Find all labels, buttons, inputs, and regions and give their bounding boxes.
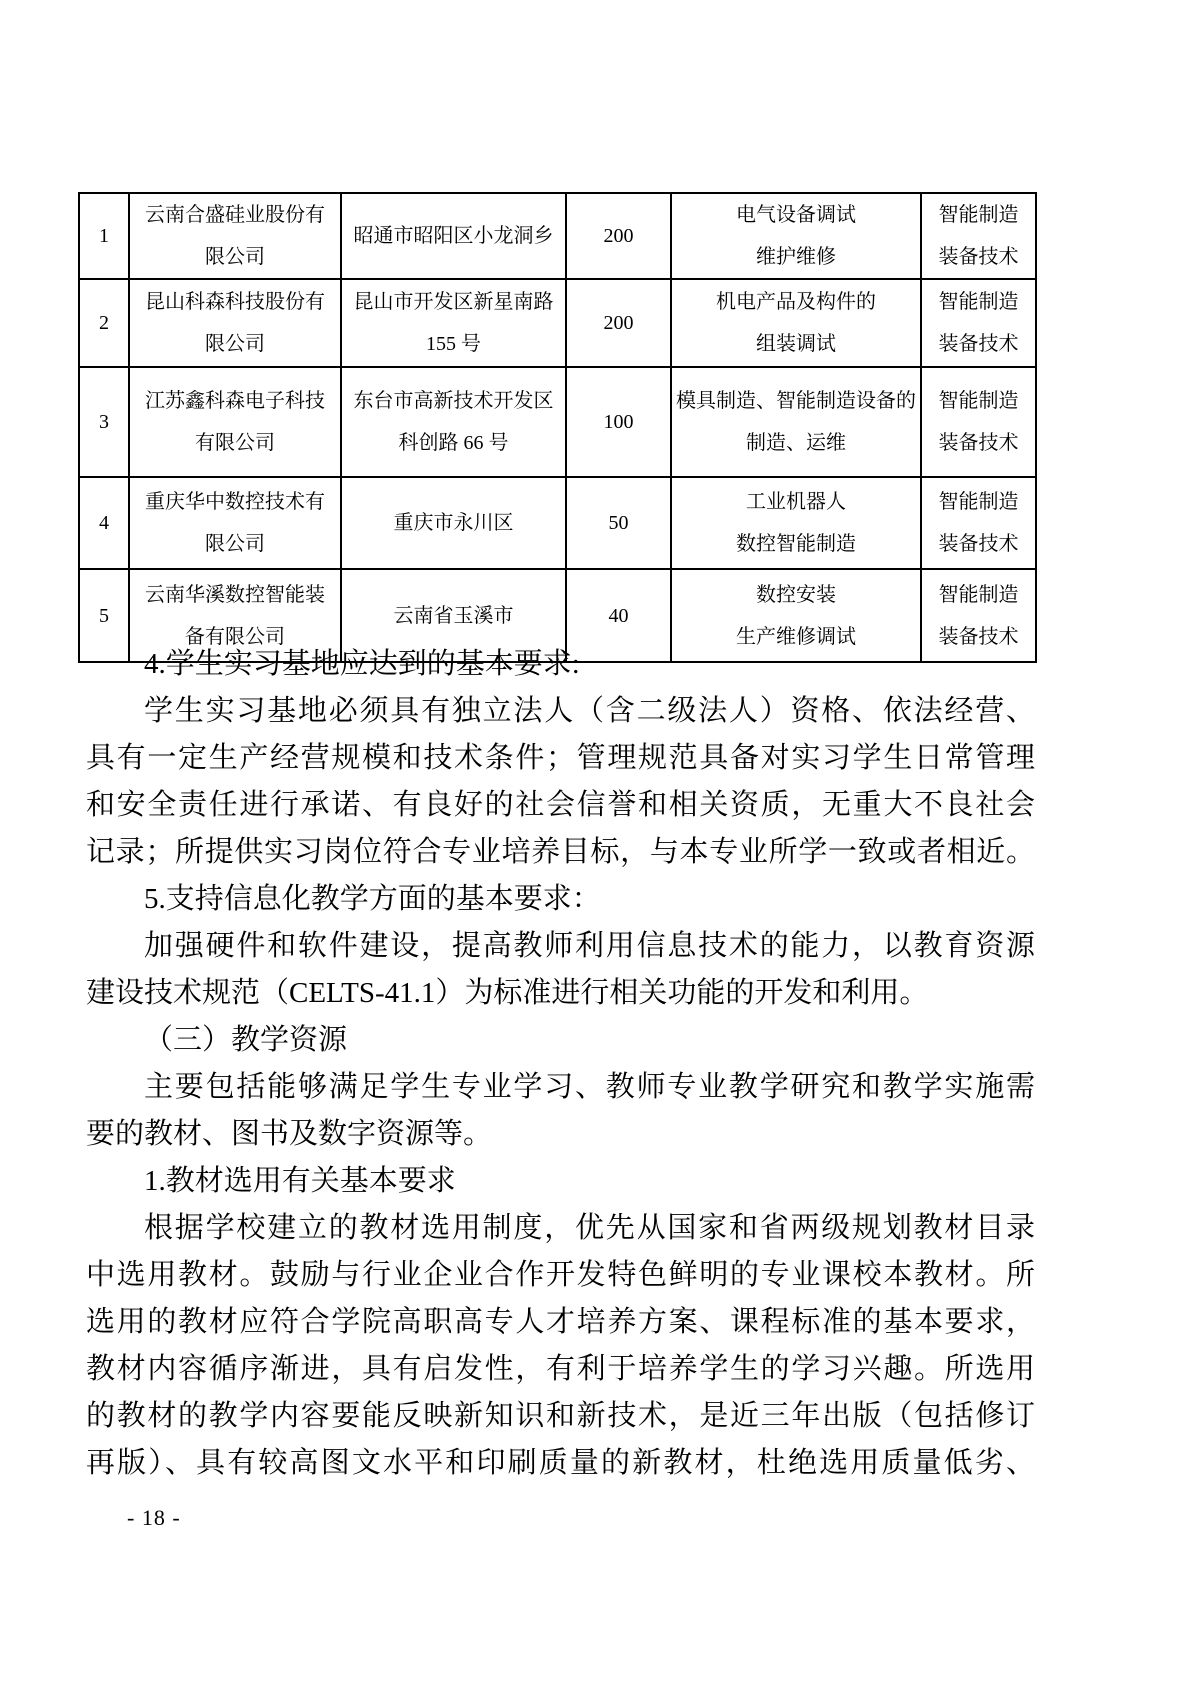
body-line: 中选用教材。鼓励与行业企业合作开发特色鲜明的专业课校本教材。所	[86, 1252, 1035, 1299]
internship-base-table: 1 云南合盛硅业股份有 限公司 昭通市昭阳区小龙洞乡 200 电气设备调试 维护…	[78, 192, 1037, 663]
section-heading-4: 4.学生实习基地应达到的基本要求:	[86, 641, 1035, 688]
body-line: 学生实习基地必须具有独立法人（含二级法人）资格、依法经营、	[86, 688, 1035, 735]
cell-positions: 机电产品及构件的 组装调试	[671, 279, 921, 367]
section-heading-5: 5.支持信息化教学方面的基本要求：	[86, 876, 1035, 923]
table-row: 1 云南合盛硅业股份有 限公司 昭通市昭阳区小龙洞乡 200 电气设备调试 维护…	[79, 193, 1036, 279]
body-line: 主要包括能够满足学生专业学习、教师专业教学研究和教学实施需	[86, 1064, 1035, 1111]
cell-row-number: 2	[79, 279, 129, 367]
body-line: 建设技术规范（CELTS-41.1）为标准进行相关功能的开发和利用。	[86, 970, 1035, 1017]
body-text: 4.学生实习基地应达到的基本要求: 学生实习基地必须具有独立法人（含二级法人）资…	[86, 641, 1035, 1487]
document-page: 1 云南合盛硅业股份有 限公司 昭通市昭阳区小龙洞乡 200 电气设备调试 维护…	[0, 0, 1191, 1684]
cell-capacity: 100	[566, 367, 671, 477]
cell-positions: 电气设备调试 维护维修	[671, 193, 921, 279]
cell-row-number: 1	[79, 193, 129, 279]
body-line: 的教材的教学内容要能反映新知识和新技术，是近三年出版（包括修订	[86, 1393, 1035, 1440]
cell-row-number: 3	[79, 367, 129, 477]
table-row: 3 江苏鑫科森电子科技 有限公司 东台市高新技术开发区 科创路 66 号 100…	[79, 367, 1036, 477]
page-number: - 18 -	[127, 1505, 181, 1531]
cell-major: 智能制造 装备技术	[921, 193, 1036, 279]
cell-address: 昆山市开发区新星南路 155 号	[341, 279, 566, 367]
body-line: 要的教材、图书及数字资源等。	[86, 1111, 1035, 1158]
cell-company-name: 重庆华中数控技术有 限公司	[129, 477, 341, 569]
body-line: 具有一定生产经营规模和技术条件；管理规范具备对实习学生日常管理	[86, 735, 1035, 782]
table-row: 2 昆山科森科技股份有 限公司 昆山市开发区新星南路 155 号 200 机电产…	[79, 279, 1036, 367]
body-line: 再版）、具有较高图文水平和印刷质量的新教材，杜绝选用质量低劣、	[86, 1440, 1035, 1487]
cell-major: 智能制造 装备技术	[921, 477, 1036, 569]
body-line: 和安全责任进行承诺、有良好的社会信誉和相关资质，无重大不良社会	[86, 782, 1035, 829]
cell-company-name: 云南合盛硅业股份有 限公司	[129, 193, 341, 279]
cell-major: 智能制造 装备技术	[921, 279, 1036, 367]
section-heading-teaching-resources: （三）教学资源	[86, 1017, 1035, 1064]
cell-address: 昭通市昭阳区小龙洞乡	[341, 193, 566, 279]
body-line: 教材内容循序渐进，具有启发性，有利于培养学生的学习兴趣。所选用	[86, 1346, 1035, 1393]
cell-address: 东台市高新技术开发区 科创路 66 号	[341, 367, 566, 477]
table-row: 4 重庆华中数控技术有 限公司 重庆市永川区 50 工业机器人 数控智能制造 智…	[79, 477, 1036, 569]
body-line: 选用的教材应符合学院高职高专人才培养方案、课程标准的基本要求，	[86, 1299, 1035, 1346]
cell-address: 重庆市永川区	[341, 477, 566, 569]
cell-major: 智能制造 装备技术	[921, 367, 1036, 477]
body-line: 记录；所提供实习岗位符合专业培养目标，与本专业所学一致或者相近。	[86, 829, 1035, 876]
cell-capacity: 50	[566, 477, 671, 569]
body-line: 根据学校建立的教材选用制度，优先从国家和省两级规划教材目录	[86, 1205, 1035, 1252]
cell-row-number: 4	[79, 477, 129, 569]
cell-company-name: 昆山科森科技股份有 限公司	[129, 279, 341, 367]
cell-capacity: 200	[566, 279, 671, 367]
cell-capacity: 200	[566, 193, 671, 279]
cell-company-name: 江苏鑫科森电子科技 有限公司	[129, 367, 341, 477]
body-line: 加强硬件和软件建设，提高教师利用信息技术的能力，以教育资源	[86, 923, 1035, 970]
cell-positions: 工业机器人 数控智能制造	[671, 477, 921, 569]
cell-positions: 模具制造、智能制造设备的 制造、运维	[671, 367, 921, 477]
section-heading-textbook: 1.教材选用有关基本要求	[86, 1158, 1035, 1205]
